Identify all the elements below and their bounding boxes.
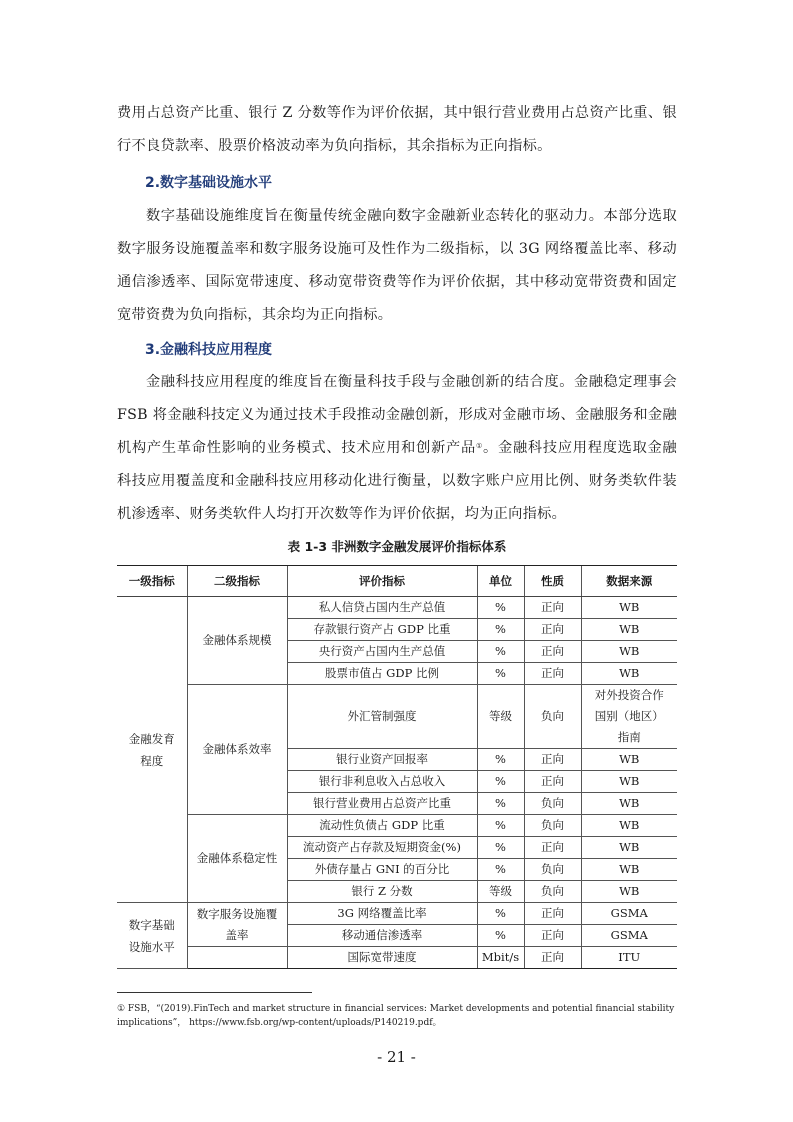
source-cell: WB — [581, 837, 677, 859]
unit-cell: % — [477, 663, 524, 685]
nature-cell: 正向 — [524, 663, 581, 685]
level1-cell: 数字基础 设施水平 — [117, 903, 187, 969]
nature-cell: 正向 — [524, 903, 581, 925]
source-cell: WB — [581, 881, 677, 903]
unit-cell: % — [477, 597, 524, 619]
indicator-cell: 外汇管制强度 — [287, 685, 477, 749]
page-number: - 21 - — [0, 1048, 793, 1066]
table-row: 金融体系稳定性 流动性负债占 GDP 比重 % 负向 WB — [117, 815, 677, 837]
footnote: ① FSB，“(2019).FinTech and market structu… — [117, 1002, 677, 1030]
unit-cell: % — [477, 925, 524, 947]
nature-cell: 正向 — [524, 597, 581, 619]
source-cell: WB — [581, 641, 677, 663]
section-heading-digital-infrastructure: 2.数字基础设施水平 — [145, 172, 272, 192]
unit-cell: % — [477, 859, 524, 881]
nature-cell: 正向 — [524, 947, 581, 969]
indicator-table: 一级指标 二级指标 评价指标 单位 性质 数据来源 金融发育 程度 金融体系规模… — [117, 565, 677, 969]
indicator-cell: 央行资产占国内生产总值 — [287, 641, 477, 663]
text-line: 费用占总资产比重、银行 Z 分数等作为评价依据，其中银行营业费用占总资产比重、银 — [117, 97, 677, 130]
document-page: 费用占总资产比重、银行 Z 分数等作为评价依据，其中银行营业费用占总资产比重、银… — [0, 0, 793, 1122]
indicator-cell: 银行 Z 分数 — [287, 881, 477, 903]
indicator-cell: 流动资产占存款及短期资金(%) — [287, 837, 477, 859]
paragraph-continuation: 费用占总资产比重、银行 Z 分数等作为评价依据，其中银行营业费用占总资产比重、银… — [117, 97, 677, 163]
level1-cell: 金融发育 程度 — [117, 597, 187, 903]
indicator-cell: 股票市值占 GDP 比例 — [287, 663, 477, 685]
indicator-cell: 外债存量占 GNI 的百分比 — [287, 859, 477, 881]
unit-cell: % — [477, 749, 524, 771]
footnote-separator — [117, 992, 312, 993]
indicator-cell: 国际宽带速度 — [287, 947, 477, 969]
source-line: 对外投资合作 — [595, 688, 664, 702]
text-line: 宽带资费为负向指标，其余均为正向指标。 — [117, 299, 677, 332]
footnote-line: implications”， https://www.fsb.org/wp-co… — [117, 1016, 677, 1030]
level2-label-line: 盖率 — [226, 928, 249, 942]
indicator-cell: 银行业资产回报率 — [287, 749, 477, 771]
text-segment: 。金融科技应用程度选取金融 — [483, 440, 677, 456]
footnote-line: ① FSB，“(2019).FinTech and market structu… — [117, 1002, 677, 1016]
indicator-cell: 3G 网络覆盖比率 — [287, 903, 477, 925]
indicator-cell: 存款银行资产占 GDP 比重 — [287, 619, 477, 641]
source-cell: WB — [581, 619, 677, 641]
unit-cell: % — [477, 815, 524, 837]
text-line: 数字服务设施覆盖率和数字服务设施可及性作为二级指标，以 3G 网络覆盖比率、移动 — [117, 233, 677, 266]
nature-cell: 正向 — [524, 749, 581, 771]
table-header-row: 一级指标 二级指标 评价指标 单位 性质 数据来源 — [117, 566, 677, 597]
header-level2: 二级指标 — [187, 566, 287, 597]
nature-cell: 负向 — [524, 881, 581, 903]
table-caption: 表 1-3 非洲数字金融发展评价指标体系 — [117, 537, 677, 555]
nature-cell: 正向 — [524, 837, 581, 859]
source-cell: WB — [581, 771, 677, 793]
source-cell: GSMA — [581, 903, 677, 925]
unit-cell: % — [477, 793, 524, 815]
unit-cell: 等级 — [477, 685, 524, 749]
indicator-cell: 私人信贷占国内生产总值 — [287, 597, 477, 619]
level2-cell: 金融体系稳定性 — [187, 815, 287, 903]
source-line: 国别（地区） — [595, 709, 664, 723]
indicator-cell: 银行非利息收入占总收入 — [287, 771, 477, 793]
header-unit: 单位 — [477, 566, 524, 597]
footnote-reference[interactable]: ① — [476, 442, 483, 450]
unit-cell: % — [477, 771, 524, 793]
level1-label-line: 金融发育 — [129, 732, 175, 746]
text-line: 金融科技应用程度的维度旨在衡量科技手段与金融创新的结合度。金融稳定理事会 — [117, 366, 677, 399]
source-cell: WB — [581, 815, 677, 837]
paragraph-digital-infrastructure: 数字基础设施维度旨在衡量传统金融向数字金融新业态转化的驱动力。本部分选取 数字服… — [117, 200, 677, 332]
level1-label-line: 设施水平 — [129, 940, 175, 954]
source-cell: GSMA — [581, 925, 677, 947]
nature-cell: 负向 — [524, 793, 581, 815]
level1-label-line: 程度 — [140, 754, 163, 768]
unit-cell: % — [477, 837, 524, 859]
nature-cell: 正向 — [524, 641, 581, 663]
unit-cell: % — [477, 641, 524, 663]
section-heading-fintech-application: 3.金融科技应用程度 — [145, 339, 272, 359]
source-cell: WB — [581, 663, 677, 685]
source-cell: 对外投资合作 国别（地区） 指南 — [581, 685, 677, 749]
table-row: 国际宽带速度 Mbit/s 正向 ITU — [117, 947, 677, 969]
header-level1: 一级指标 — [117, 566, 187, 597]
nature-cell: 负向 — [524, 815, 581, 837]
source-cell: ITU — [581, 947, 677, 969]
text-line: 数字基础设施维度旨在衡量传统金融向数字金融新业态转化的驱动力。本部分选取 — [117, 200, 677, 233]
nature-cell: 负向 — [524, 859, 581, 881]
text-line: FSB 将金融科技定义为通过技术手段推动金融创新，形成对金融市场、金融服务和金融 — [117, 399, 677, 432]
source-cell: WB — [581, 597, 677, 619]
level2-cell: 金融体系效率 — [187, 685, 287, 815]
header-indicator: 评价指标 — [287, 566, 477, 597]
nature-cell: 正向 — [524, 771, 581, 793]
level2-cell: 金融体系规模 — [187, 597, 287, 685]
unit-cell: 等级 — [477, 881, 524, 903]
nature-cell: 正向 — [524, 925, 581, 947]
table-row: 金融发育 程度 金融体系规模 私人信贷占国内生产总值 % 正向 WB — [117, 597, 677, 619]
source-line: 指南 — [618, 730, 641, 744]
paragraph-fintech-application: 金融科技应用程度的维度旨在衡量科技手段与金融创新的结合度。金融稳定理事会 FSB… — [117, 366, 677, 531]
header-source: 数据来源 — [581, 566, 677, 597]
text-line: 科技应用覆盖度和金融科技应用移动化进行衡量，以数字账户应用比例、财务类软件装 — [117, 465, 677, 498]
source-cell: WB — [581, 859, 677, 881]
text-line: 行不良贷款率、股票价格波动率为负向指标，其余指标为正向指标。 — [117, 130, 677, 163]
level2-cell — [187, 947, 287, 969]
text-line: 机渗透率、财务类软件人均打开次数等作为评价依据，均为正向指标。 — [117, 498, 677, 531]
indicator-cell: 银行营业费用占总资产比重 — [287, 793, 477, 815]
nature-cell: 负向 — [524, 685, 581, 749]
unit-cell: % — [477, 619, 524, 641]
level2-cell: 数字服务设施覆 盖率 — [187, 903, 287, 947]
nature-cell: 正向 — [524, 619, 581, 641]
text-line: 机构产生革命性影响的业务模式、技术应用和创新产品①。金融科技应用程度选取金融 — [117, 432, 677, 465]
unit-cell: % — [477, 903, 524, 925]
text-line: 通信渗透率、国际宽带速度、移动宽带资费等作为评价依据，其中移动宽带资费和固定 — [117, 266, 677, 299]
header-nature: 性质 — [524, 566, 581, 597]
table-row: 数字基础 设施水平 数字服务设施覆 盖率 3G 网络覆盖比率 % 正向 GSMA — [117, 903, 677, 925]
indicator-cell: 流动性负债占 GDP 比重 — [287, 815, 477, 837]
unit-cell: Mbit/s — [477, 947, 524, 969]
source-cell: WB — [581, 749, 677, 771]
table-row: 金融体系效率 外汇管制强度 等级 负向 对外投资合作 国别（地区） 指南 — [117, 685, 677, 749]
source-cell: WB — [581, 793, 677, 815]
level1-label-line: 数字基础 — [129, 918, 175, 932]
text-segment: 机构产生革命性影响的业务模式、技术应用和创新产品 — [117, 440, 476, 456]
indicator-cell: 移动通信渗透率 — [287, 925, 477, 947]
level2-label-line: 数字服务设施覆 — [197, 907, 278, 921]
